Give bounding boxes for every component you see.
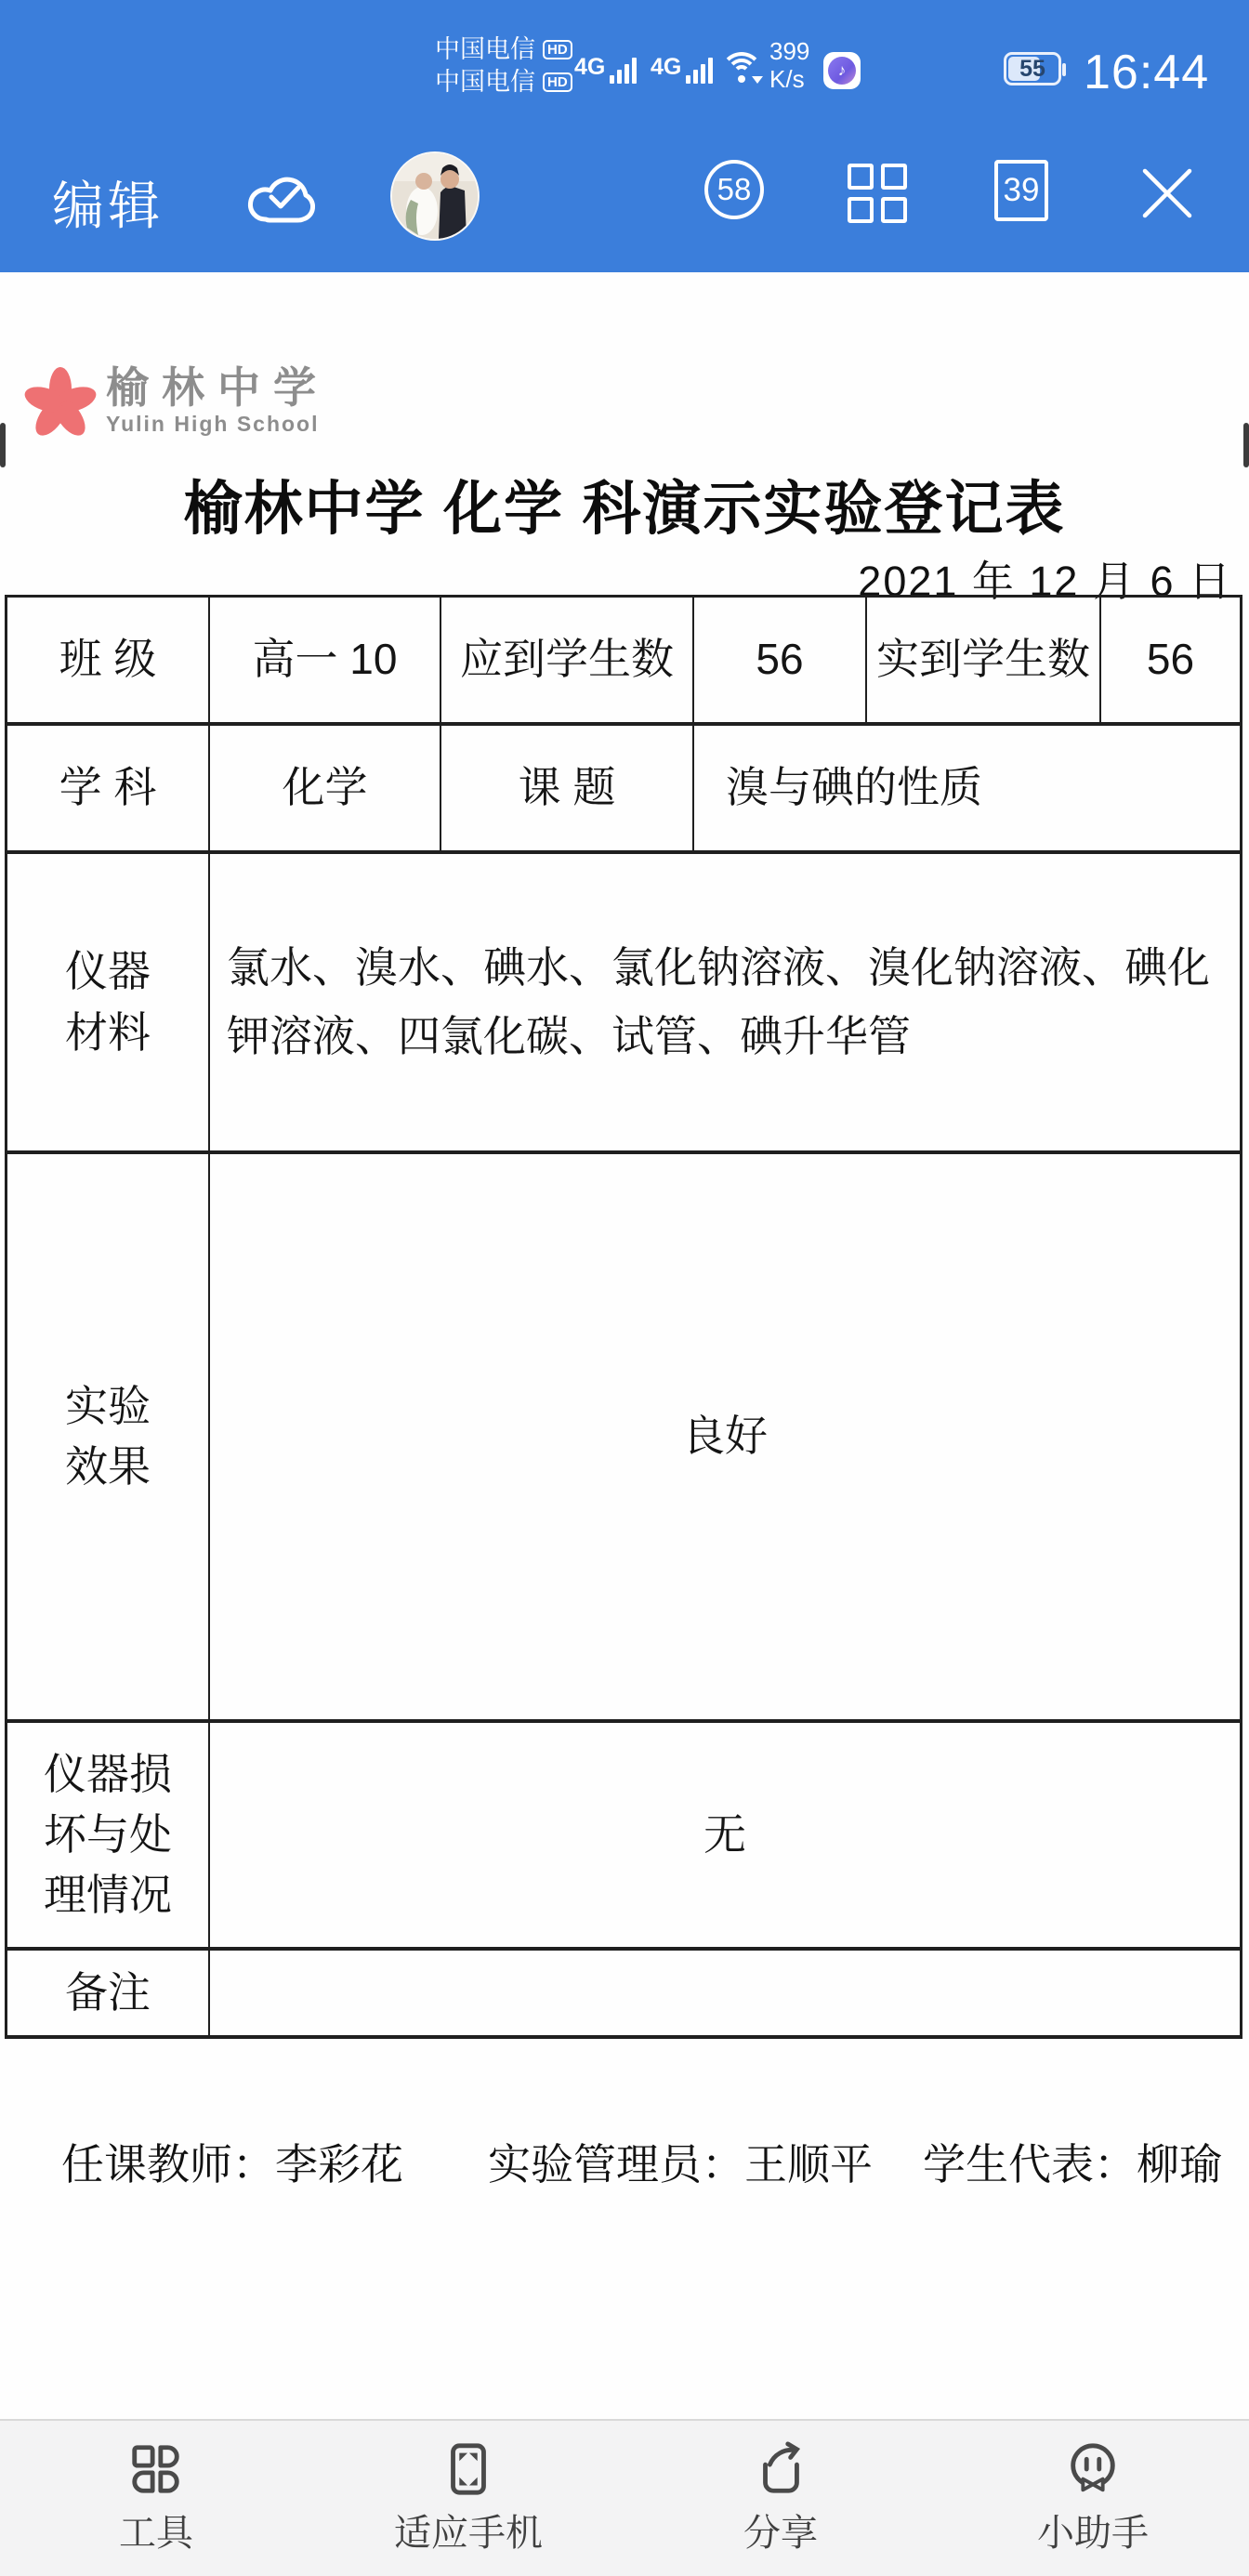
cell-actual-students-value: 56 <box>1101 598 1240 722</box>
close-button[interactable] <box>1137 164 1197 223</box>
assistant-label: 小助手 <box>1037 2504 1149 2556</box>
battery-level: 55 <box>1006 55 1058 83</box>
right-edge-handle[interactable] <box>1243 423 1249 467</box>
tools-icon <box>127 2440 185 2498</box>
page-count-button[interactable]: 58 <box>704 160 764 219</box>
wifi-icon <box>720 52 763 89</box>
signal-bars-icon <box>686 56 713 84</box>
bottom-toolbar: 工具 适应手机 分享 <box>0 2419 1249 2576</box>
battery-icon: 55 <box>1004 52 1061 85</box>
manager-signature: 实验管理员：王顺平 <box>488 2131 873 2192</box>
cell-materials-label: 仪器 材料 <box>7 854 210 1150</box>
signal-bars-icon <box>610 56 637 84</box>
cell-damage-value: 无 <box>210 1723 1240 1947</box>
speed-unit: K/s <box>769 65 809 93</box>
signal-icon-sim1: 4G <box>574 56 637 84</box>
tools-button[interactable]: 工具 <box>54 2440 258 2556</box>
logo-flower-icon <box>17 361 97 441</box>
cell-result-value: 良好 <box>210 1154 1240 1719</box>
thumbnail-page-button[interactable]: 39 <box>994 160 1048 221</box>
document-title: 榆林中学 化学 科演示实验登记表 <box>0 462 1249 546</box>
carrier-name-1: 中国电信 <box>435 33 535 66</box>
table-row-materials: 仪器 材料 氯水、溴水、碘水、氯化钠溶液、溴化钠溶液、碘化钾溶液、四氯化碳、试管… <box>7 854 1240 1154</box>
clock: 16:44 <box>1084 45 1209 100</box>
edit-button[interactable]: 编辑 <box>52 165 164 240</box>
grid-view-button[interactable] <box>848 164 909 225</box>
logo-name-cn: 榆林中学 <box>106 365 329 410</box>
network-type-label: 4G <box>651 54 681 81</box>
cell-result-label: 实验 效果 <box>7 1154 210 1719</box>
cell-class-label: 班 级 <box>7 598 210 722</box>
cell-remarks-value <box>210 1951 1240 2035</box>
cloud-check-icon <box>240 160 329 232</box>
hd-icon: HD <box>543 72 572 92</box>
grid-icon <box>848 164 874 190</box>
user-avatar[interactable] <box>390 151 480 241</box>
table-row-subject: 学 科 化学 课 题 溴与碘的性质 <box>7 726 1240 854</box>
cloud-sync-button[interactable] <box>240 160 329 232</box>
fit-phone-label: 适应手机 <box>394 2504 543 2556</box>
cell-expected-students-value: 56 <box>694 598 867 722</box>
teacher-signature: 任课教师：李彩花 <box>61 2131 403 2192</box>
school-logo: 榆林中学 Yulin High School <box>17 361 329 441</box>
speed-value: 399 <box>769 37 809 65</box>
experiment-table: 班 级 高一 10 应到学生数 56 实到学生数 56 学 科 化学 课 题 溴… <box>5 595 1242 2039</box>
cell-subject-label: 学 科 <box>7 726 210 850</box>
avatar-photo <box>392 153 478 239</box>
cell-topic-label: 课 题 <box>441 726 694 850</box>
cell-subject-value: 化学 <box>210 726 441 850</box>
student-signature: 学生代表：柳瑜 <box>923 2131 1222 2192</box>
share-button[interactable]: 分享 <box>678 2440 883 2556</box>
network-speed: 399 K/s <box>769 37 809 93</box>
cell-actual-students-label: 实到学生数 <box>867 598 1101 722</box>
cell-expected-students-label: 应到学生数 <box>441 598 694 722</box>
table-row-class: 班 级 高一 10 应到学生数 56 实到学生数 56 <box>7 598 1240 726</box>
left-edge-handle[interactable] <box>0 423 6 467</box>
cell-damage-label: 仪器损 坏与处 理情况 <box>7 1723 210 1947</box>
carrier-name-2: 中国电信 <box>435 66 535 99</box>
logo-name-en: Yulin High School <box>106 410 329 438</box>
close-icon <box>1137 164 1197 223</box>
tools-label: 工具 <box>119 2504 193 2556</box>
network-type-label: 4G <box>574 54 605 81</box>
cell-materials-value: 氯水、溴水、碘水、氯化钠溶液、溴化钠溶液、碘化钾溶液、四氯化碳、试管、碘升华管 <box>210 854 1240 1150</box>
music-app-icon: ♪ <box>823 52 861 89</box>
assistant-button[interactable]: 小助手 <box>991 2440 1195 2556</box>
app-header: 中国电信 HD 中国电信 HD 4G 4G 399 K/s ♪ 55 16:44… <box>0 0 1249 272</box>
cell-remarks-label: 备注 <box>7 1951 210 2035</box>
fit-phone-icon <box>440 2440 497 2498</box>
carrier-labels: 中国电信 HD 中国电信 HD <box>435 33 572 99</box>
hd-icon: HD <box>543 40 572 59</box>
share-icon <box>752 2440 809 2498</box>
assistant-icon <box>1064 2440 1122 2498</box>
cell-class-value: 高一 10 <box>210 598 441 722</box>
cell-topic-value: 溴与碘的性质 <box>694 726 1240 850</box>
signal-icon-sim2: 4G <box>651 56 713 84</box>
share-label: 分享 <box>743 2504 818 2556</box>
fit-phone-button[interactable]: 适应手机 <box>366 2440 571 2556</box>
document-canvas[interactable]: 榆林中学 Yulin High School 榆林中学 化学 科演示实验登记表 … <box>0 272 1249 2419</box>
table-row-damage: 仪器损 坏与处 理情况 无 <box>7 1723 1240 1951</box>
table-row-remarks: 备注 <box>7 1951 1240 2039</box>
table-row-result: 实验 效果 良好 <box>7 1154 1240 1723</box>
